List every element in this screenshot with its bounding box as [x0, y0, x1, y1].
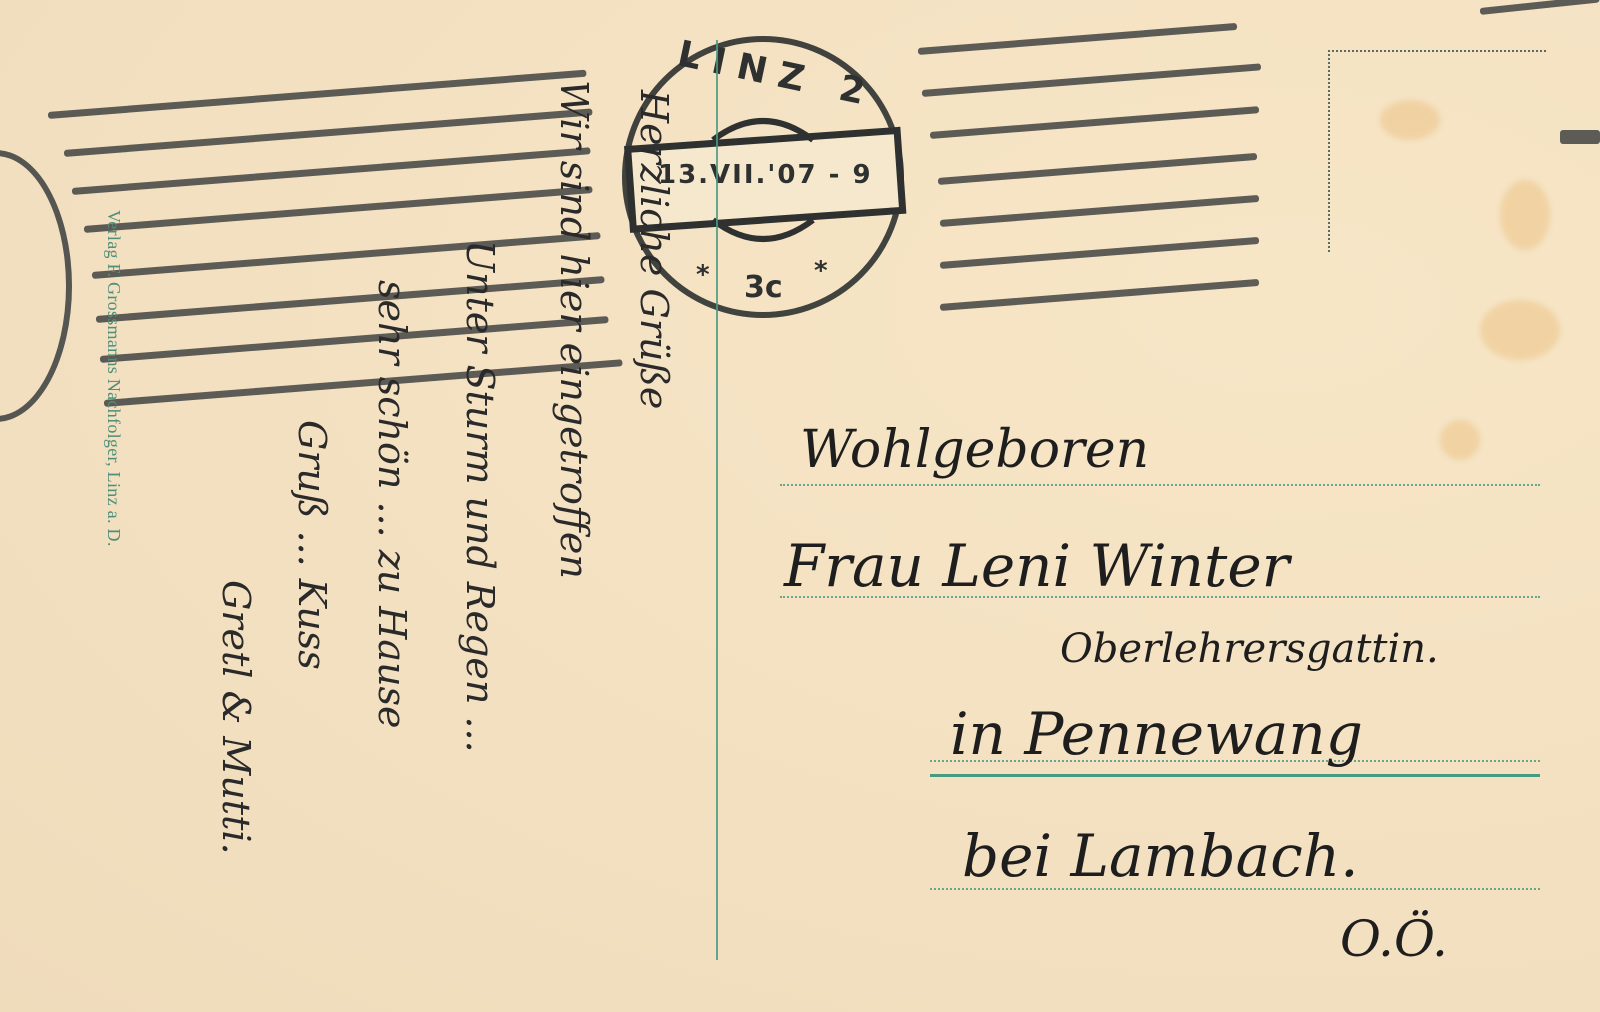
center-divider: [716, 40, 718, 960]
publisher-imprint: Verlag F. Grossmanns Nachfolger, Linz a.…: [84, 210, 124, 770]
postmark-date: 13.VII.'07 - 9: [658, 160, 873, 190]
address-region: O.Ö.: [1340, 910, 1448, 968]
address-near: bei Lambach.: [962, 822, 1359, 890]
address-salutation: Wohlgeboren: [800, 420, 1149, 480]
message-column: sehr schön ... zu Hause: [370, 280, 414, 729]
partial-cancel-mark: [1480, 0, 1600, 15]
address-line-solid: [930, 774, 1540, 777]
address-place: in Pennewang: [950, 700, 1363, 768]
partial-postmark-left: [0, 150, 72, 422]
foxing-stain: [1440, 420, 1480, 460]
message-column: Gruß ... Kuss: [290, 420, 334, 670]
postmark-star: *: [696, 260, 710, 290]
foxing-stain: [1480, 300, 1560, 360]
partial-cancel-mark: [1560, 130, 1600, 144]
stamp-placement-box: [1328, 50, 1546, 252]
address-title: Oberlehrersgattin.: [1060, 626, 1439, 672]
postcard-back: LINZ 2 13.VII.'07 - 9 3c * * Verlag F. G…: [0, 0, 1600, 1012]
postmark-star: *: [814, 256, 828, 286]
address-recipient: Frau Leni Winter: [784, 532, 1289, 600]
postmark-code: 3c: [744, 270, 783, 305]
message-column: Gretl & Mutti.: [214, 580, 258, 855]
message-column: Wir sind hier eingetroffen: [552, 80, 596, 579]
address-line-1: [780, 484, 1540, 486]
message-column: Unter Sturm und Regen ...: [458, 240, 502, 753]
message-column: Herzliche Grüße: [632, 90, 676, 409]
